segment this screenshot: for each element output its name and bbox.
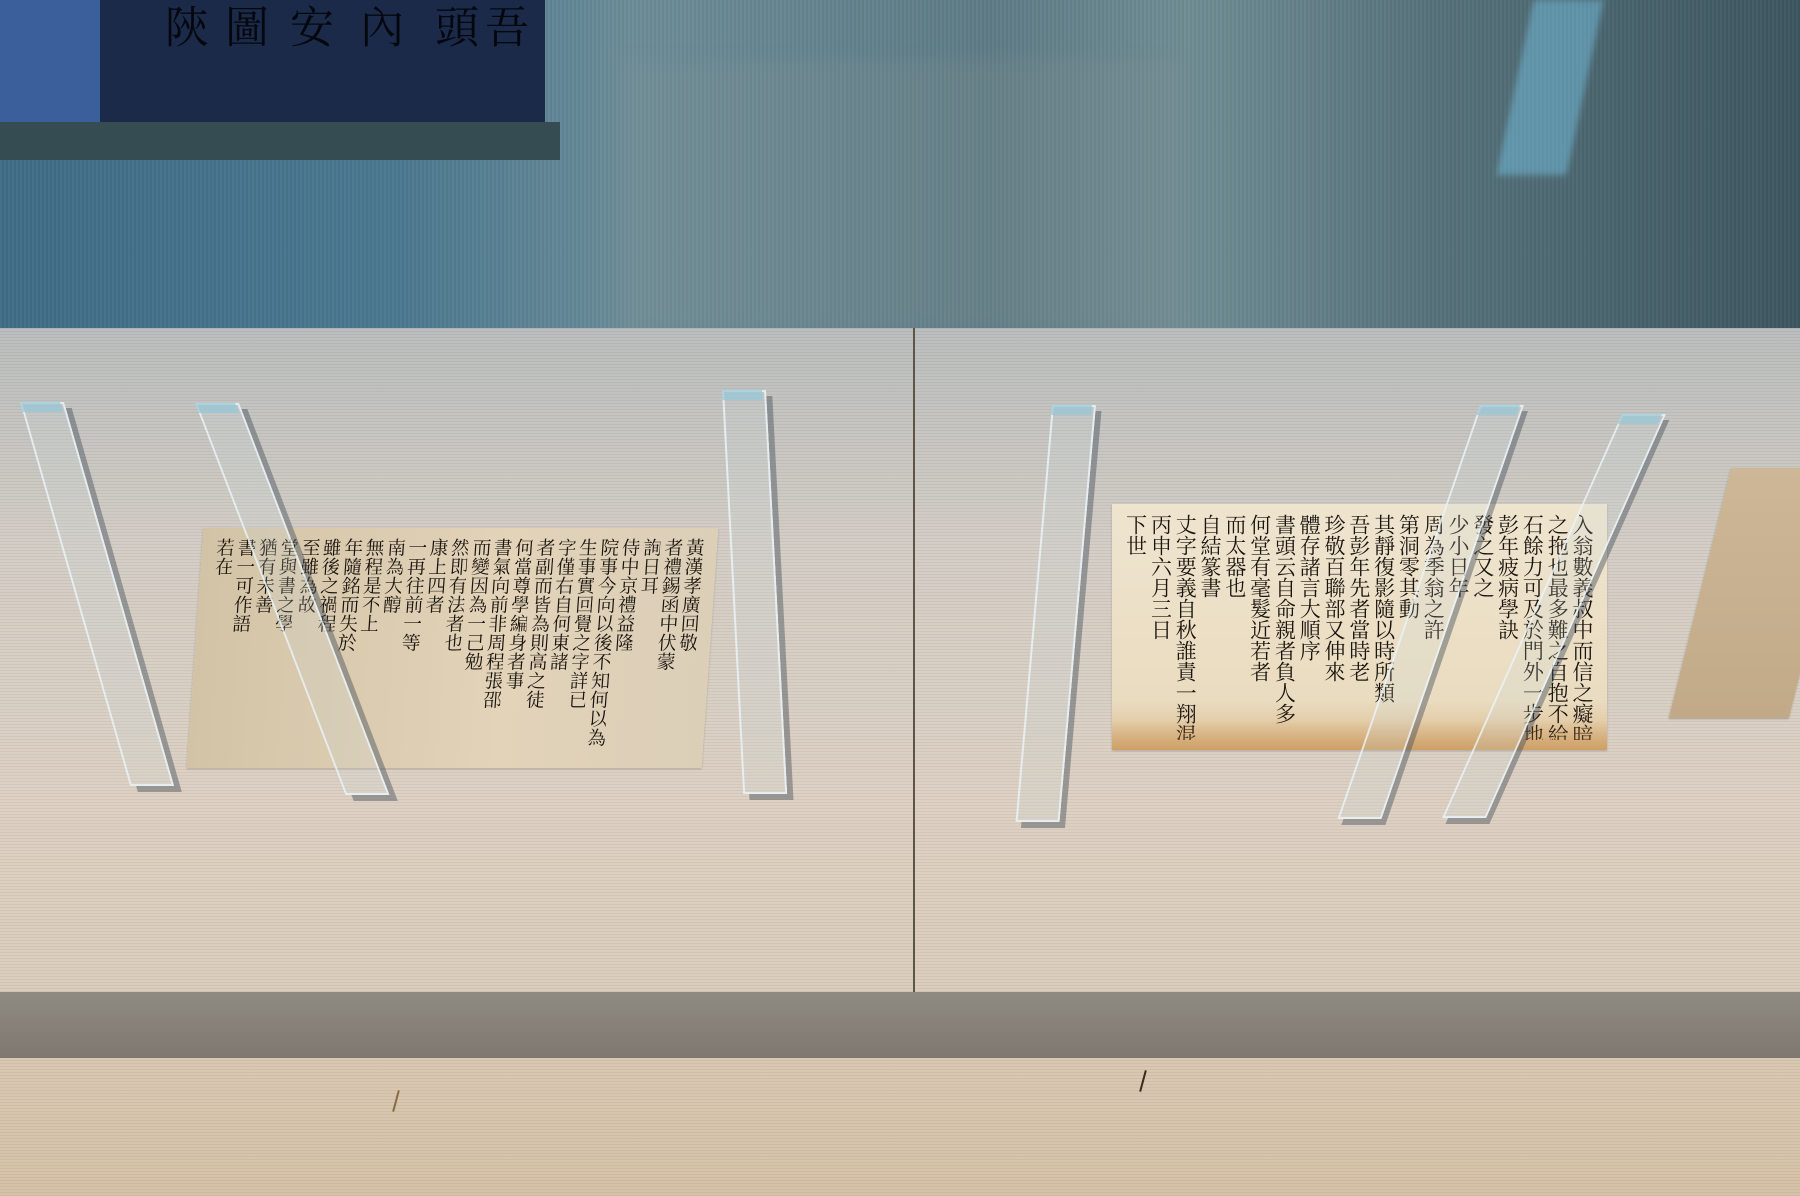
hanging-calligraphy-reflection: 吾 頭 內 安 圖 陝 [100,0,545,122]
text-column: 書頭云自命親者負人多 [1275,514,1296,740]
hanging-char: 頭 [430,4,474,52]
hanging-char: 吾 [480,4,524,52]
bar-end-cap [1618,414,1662,424]
date-column: 丙申六月三日 [1151,514,1172,740]
hanging-char: 內 [355,4,399,52]
text-column: 何堂有毫髮近若者 [1250,514,1271,740]
text-column: 下世 [1126,514,1147,740]
text-column: 體存諸言大順序 [1299,514,1320,740]
bar-end-cap [195,403,239,413]
table-panel-seam [913,328,915,1058]
hanging-mount-bar [0,122,560,160]
bar-end-cap [1477,405,1520,415]
text-column: 而太器也 [1225,514,1246,740]
water-stain [1112,720,1607,750]
hanging-char: 安 [285,4,329,52]
text-column: 珍敬百聯部又伸來 [1324,514,1345,740]
text-column: 丈字要義自秋誰責一翔混 [1175,514,1196,740]
text-column: 吾彭年先者當時老 [1349,514,1370,740]
bar-end-cap [722,390,763,400]
wall-light-reflection [620,60,1180,330]
table-lower-ledge [0,1058,1800,1196]
hanging-char: 陝 [160,4,204,52]
table-front-edge [0,992,1800,1058]
bar-end-cap [20,402,63,412]
bar-end-cap [1051,405,1092,415]
hanging-char: 圖 [220,4,264,52]
museum-display-photo: 吾 頭 內 安 圖 陝 黃漢孝廣回敬 者禮錫函中伏蒙 詢日耳 侍中京禮益隆 院事… [0,0,1800,1196]
glass-reflection-blue [0,0,100,122]
text-column: 自結篆書 [1200,514,1221,740]
